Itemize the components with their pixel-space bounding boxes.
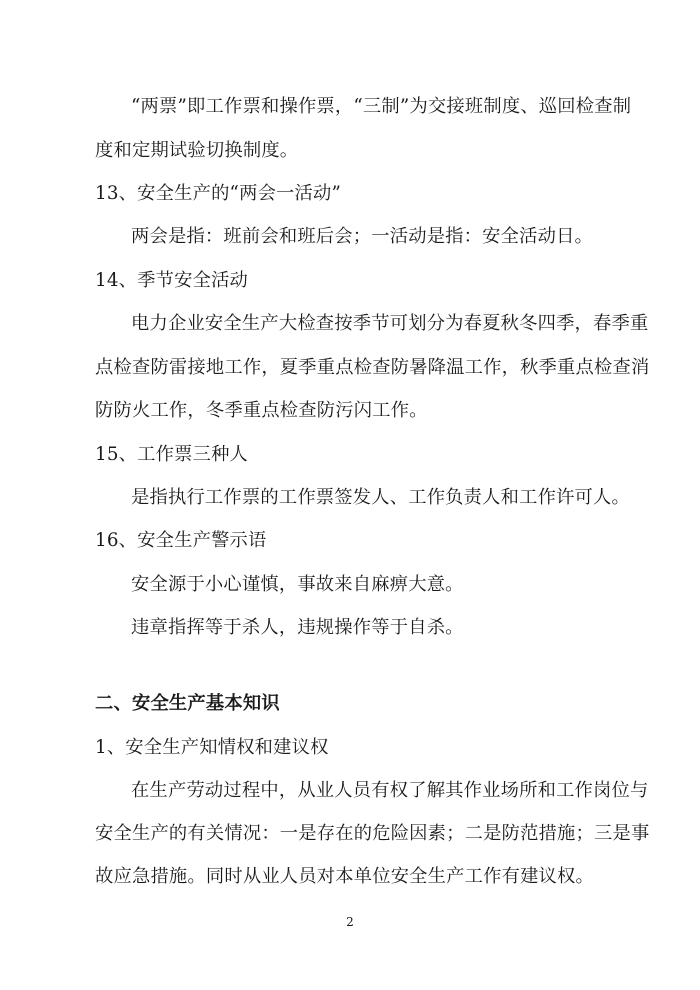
heading-item-16: 16、安全生产警示语 — [95, 529, 267, 553]
paragraph-two-meetings: 两会是指：班前会和班后会；一活动是指：安全活动日。 — [131, 225, 593, 249]
heading-item-14: 14、季节安全活动 — [95, 269, 248, 293]
paragraph-right-to-know: 在生产劳动过程中，从业人员有权了解其作业场所和工作岗位与 — [131, 779, 648, 803]
paragraph-continuation: 安全生产的有关情况：一是存在的危险因素；二是防范措施；三是事 — [95, 822, 649, 846]
heading-item-15: 15、工作票三种人 — [95, 443, 248, 467]
paragraph-seasonal-check: 电力企业安全生产大检查按季节可划分为春夏秋冬四季，春季重 — [131, 312, 648, 336]
paragraph-continuation: 故应急措施。同时从业人员对本单位安全生产工作有建议权。 — [95, 865, 594, 889]
heading-item-13: 13、安全生产的“两会一活动” — [95, 182, 341, 206]
paragraph-continuation: 点检查防雷接地工作，夏季重点检查防暑降温工作，秋季重点检查消 — [95, 356, 649, 380]
paragraph-continuation: 度和定期试验切换制度。 — [95, 139, 298, 163]
slogan-line: 安全源于小心谨慎，事故来自麻痹大意。 — [131, 573, 464, 597]
slogan-line: 违章指挥等于杀人，违规操作等于自杀。 — [131, 616, 464, 640]
paragraph-three-persons: 是指执行工作票的工作票签发人、工作负责人和工作许可人。 — [131, 486, 630, 510]
section-heading-basic-knowledge: 二、安全生产基本知识 — [95, 692, 280, 716]
paragraph-continuation: 防防火工作，冬季重点检查防污闪工作。 — [95, 399, 428, 423]
page-number: 2 — [0, 915, 700, 929]
heading-item-1: 1、安全生产知情权和建议权 — [95, 736, 329, 760]
paragraph-two-tickets-three-systems: “两票”即工作票和操作票，“三制”为交接班制度、巡回检查制 — [131, 95, 631, 119]
